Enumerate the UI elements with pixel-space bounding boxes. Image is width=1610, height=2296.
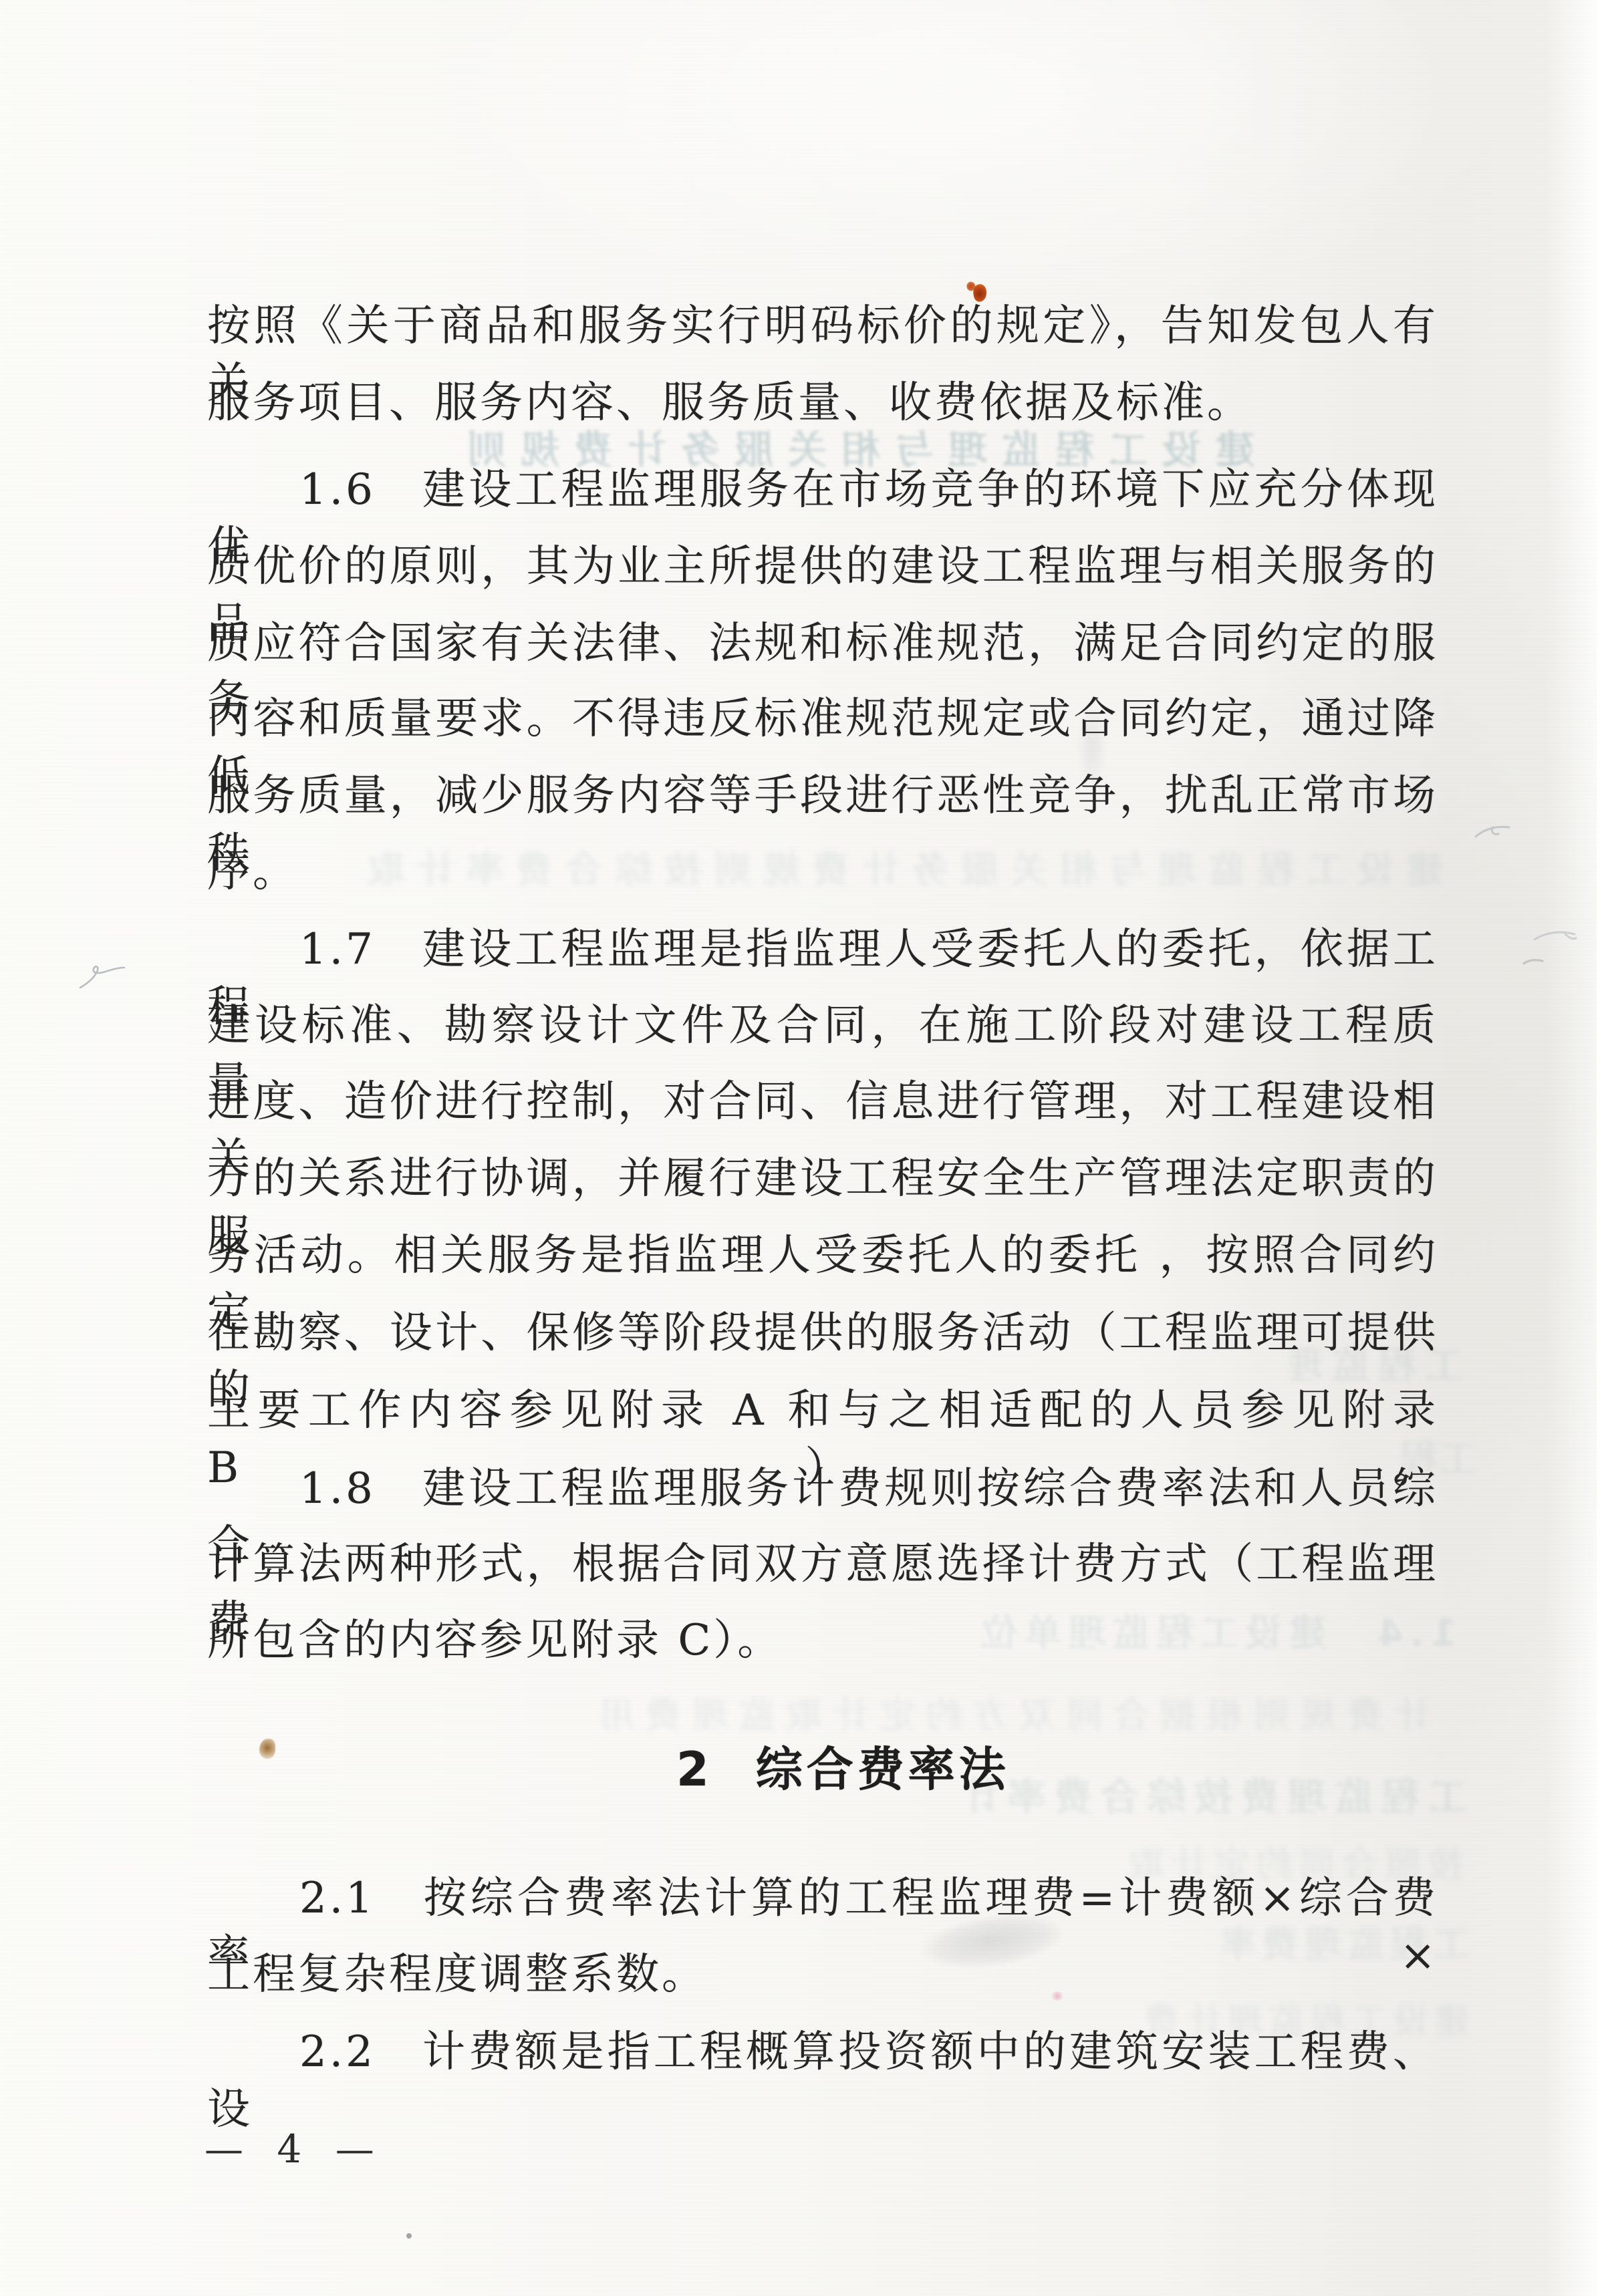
section-title: 综合费率法	[756, 1742, 1010, 1797]
dust-dot	[406, 2233, 412, 2239]
pen-squiggle-mark	[75, 957, 128, 994]
text-line-21: 2.2 计费额是指工程概算投资额中的建筑安装工程费、设	[207, 2023, 1438, 2138]
scanned-page: 建设工程监理与相关服务计费规则 建设工程监理与相关服务计费规则按综合费率计取 工…	[0, 0, 1610, 2296]
scratch-mark	[1521, 954, 1545, 969]
bleedthrough-text: 计费规则根据合同双方约定计取监理费用	[241, 1687, 1430, 1738]
text-line-2: 服务项目、服务内容、服务质量、收费依据及标准。	[207, 374, 1438, 432]
bleedthrough-text: 工程监理费按综合费率计算	[972, 1765, 1467, 1822]
brown-speck	[259, 1739, 275, 1759]
gray-streak	[1077, 703, 1107, 790]
page-number-footer: — 4 —	[205, 2126, 385, 2172]
red-fiber-speck	[966, 279, 988, 305]
text-line-20: 工程复杂程度调整系数。	[207, 1946, 1438, 2003]
pink-speck	[1051, 1991, 1064, 2001]
scratch-mark	[1532, 919, 1579, 950]
text-line-8: 序。	[207, 843, 1438, 901]
section-number: 2	[676, 1742, 713, 1797]
text-line-18: 所包含的内容参见附录 C）。	[207, 1612, 1438, 1669]
scratch-mark	[1473, 818, 1513, 845]
section-heading: 2综合费率法	[676, 1732, 1010, 1800]
scan-edge-strip	[1597, 0, 1610, 2296]
red-fiber-blob	[972, 283, 988, 303]
